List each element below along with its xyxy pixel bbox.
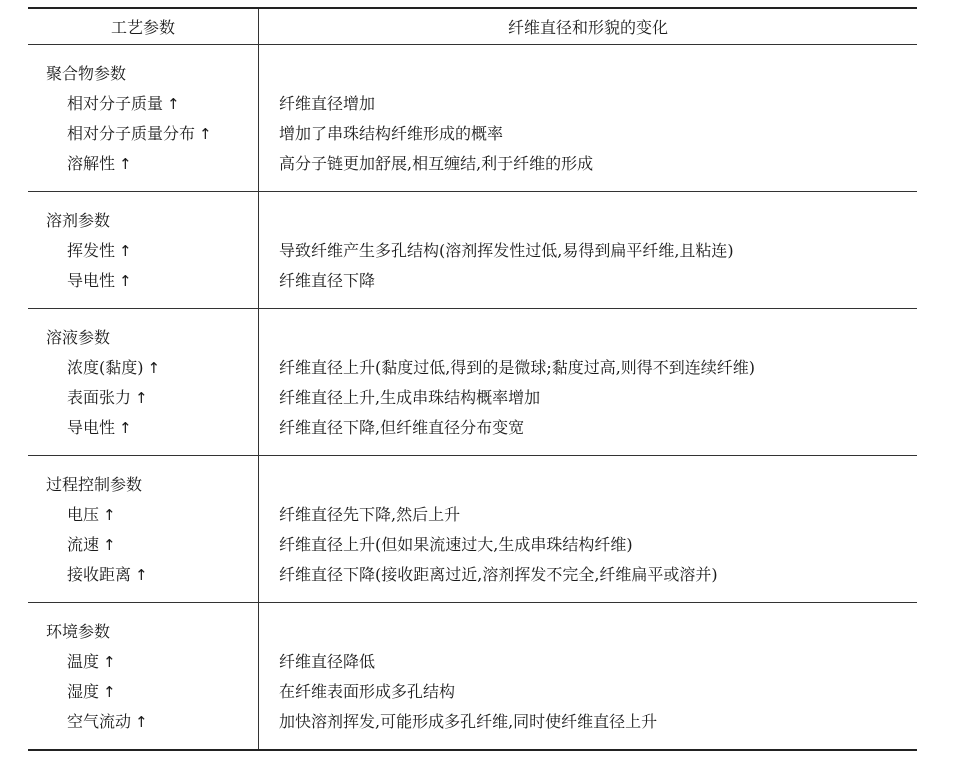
arrow-up-icon: ↑ [167,95,180,113]
arrow-up-icon: ↑ [119,242,132,260]
param-row: 挥发性↑ [46,236,258,266]
param-row: 空气流动↑ [46,707,258,737]
arrow-up-icon: ↑ [119,155,132,173]
arrow-up-icon: ↑ [148,359,161,377]
table-header: 工艺参数 纤维直径和形貌的变化 [28,9,917,45]
param-row: 温度↑ [46,647,258,677]
arrow-up-icon: ↑ [119,419,132,437]
arrow-up-icon: ↑ [135,389,148,407]
effect-text: 增加了串珠结构纤维形成的概率 [279,119,917,149]
effect-text: 纤维直径降低 [279,647,917,677]
effect-text: 纤维直径增加 [279,89,917,119]
group-process-control: 过程控制参数 电压↑ 流速↑ 接收距离↑ 纤维直径先下降,然后上升 纤维直径上升… [28,456,917,603]
param-row: 溶解性↑ [46,149,258,179]
group-title: 聚合物参数 [46,59,258,89]
arrow-up-icon: ↑ [103,683,116,701]
param-row: 导电性↑ [46,413,258,443]
parameter-effects-table: 工艺参数 纤维直径和形貌的变化 聚合物参数 相对分子质量↑ 相对分子质量分布↑ … [28,7,917,751]
param-row: 接收距离↑ [46,560,258,590]
arrow-up-icon: ↑ [103,653,116,671]
arrow-up-icon: ↑ [199,125,212,143]
param-row: 相对分子质量分布↑ [46,119,258,149]
arrow-up-icon: ↑ [135,713,148,731]
arrow-up-icon: ↑ [103,506,116,524]
effect-text: 纤维直径先下降,然后上升 [279,500,917,530]
effect-text: 加快溶剂挥发,可能形成多孔纤维,同时使纤维直径上升 [279,707,917,737]
param-row: 电压↑ [46,500,258,530]
effect-text: 纤维直径上升(黏度过低,得到的是微球;黏度过高,则得不到连续纤维) [279,353,917,383]
effect-text: 导致纤维产生多孔结构(溶剂挥发性过低,易得到扁平纤维,且粘连) [279,236,917,266]
group-environment: 环境参数 温度↑ 湿度↑ 空气流动↑ 纤维直径降低 在纤维表面形成多孔结构 加快… [28,603,917,751]
effect-text: 在纤维表面形成多孔结构 [279,677,917,707]
header-process-parameters: 工艺参数 [28,9,259,44]
effect-text: 纤维直径下降,但纤维直径分布变宽 [279,413,917,443]
effect-text: 纤维直径上升,生成串珠结构概率增加 [279,383,917,413]
effect-text: 高分子链更加舒展,相互缠结,利于纤维的形成 [279,149,917,179]
header-fiber-changes: 纤维直径和形貌的变化 [259,9,917,44]
arrow-up-icon: ↑ [119,272,132,290]
group-polymer: 聚合物参数 相对分子质量↑ 相对分子质量分布↑ 溶解性↑ 纤维直径增加 增加了串… [28,45,917,192]
group-solution: 溶液参数 浓度(黏度)↑ 表面张力↑ 导电性↑ 纤维直径上升(黏度过低,得到的是… [28,309,917,456]
effect-text: 纤维直径下降 [279,266,917,296]
effect-text: 纤维直径下降(接收距离过近,溶剂挥发不完全,纤维扁平或溶并) [279,560,917,590]
group-title: 溶剂参数 [46,206,258,236]
param-row: 导电性↑ [46,266,258,296]
group-title: 过程控制参数 [46,470,258,500]
param-row: 流速↑ [46,530,258,560]
param-row: 表面张力↑ [46,383,258,413]
arrow-up-icon: ↑ [135,566,148,584]
group-title: 环境参数 [46,617,258,647]
arrow-up-icon: ↑ [103,536,116,554]
group-solvent: 溶剂参数 挥发性↑ 导电性↑ 导致纤维产生多孔结构(溶剂挥发性过低,易得到扁平纤… [28,192,917,309]
param-row: 湿度↑ [46,677,258,707]
param-row: 相对分子质量↑ [46,89,258,119]
group-title: 溶液参数 [46,323,258,353]
param-row: 浓度(黏度)↑ [46,353,258,383]
effect-text: 纤维直径上升(但如果流速过大,生成串珠结构纤维) [279,530,917,560]
